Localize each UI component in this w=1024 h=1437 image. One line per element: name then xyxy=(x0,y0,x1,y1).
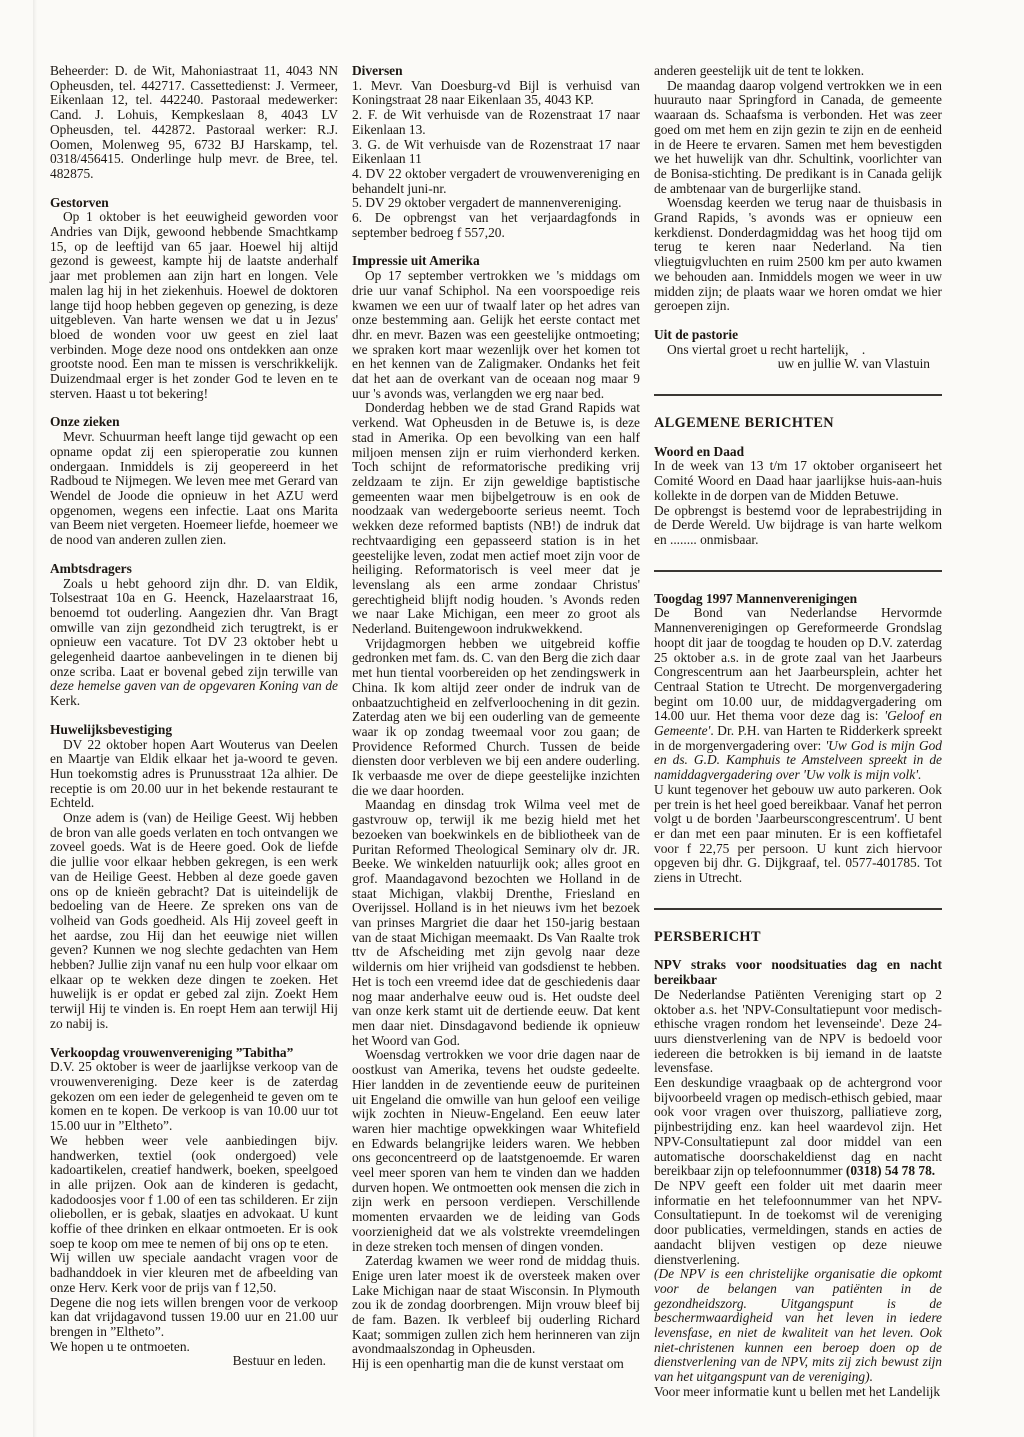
section-heading: Diversen xyxy=(352,64,640,79)
paragraph: Hij is een openhartig man die de kunst v… xyxy=(352,1357,640,1372)
divider xyxy=(654,908,942,910)
text-run: U kunt tegenover het gebouw uw auto park… xyxy=(654,782,942,885)
paragraph: D.V. 25 oktober is weer de jaarlijkse ve… xyxy=(50,1060,338,1134)
paragraph: Ons viertal groet u recht hartelijk, . xyxy=(654,343,942,358)
paragraph: uw en jullie W. van Vlastuin xyxy=(654,357,942,372)
text-run: Maandag en dinsdag trok Wilma veel met d… xyxy=(352,797,640,1047)
text-run: We hebben weer vele aanbiedingen bijv. h… xyxy=(50,1133,338,1251)
section-heading: Ambtsdragers xyxy=(50,562,338,577)
text-run: Impressie uit Amerika xyxy=(352,253,480,268)
paragraph: De maandag daarop volgend vertrokken we … xyxy=(654,79,942,197)
text-run: De Nederlandse Patiënten Vereniging star… xyxy=(654,987,942,1076)
text-run: De opbrengst is bestemd voor de leprabes… xyxy=(654,503,942,547)
text-run: Woensdag keerden we terug naar de thuisb… xyxy=(654,195,942,313)
text-run: 6. De opbrengst van het verjaardagfonds … xyxy=(352,210,640,240)
paragraph: Onze adem is (van) de Heilige Geest. Wij… xyxy=(50,811,338,1032)
text-run: Op 17 september vertrokken we 's middags… xyxy=(352,268,640,401)
paragraph: Degene die nog iets willen brengen voor … xyxy=(50,1296,338,1340)
text-run: Mevr. Schuurman heeft lange tijd gewacht… xyxy=(50,429,338,547)
text-run: 5. DV 29 oktober vergadert de mannenvere… xyxy=(352,195,621,210)
paragraph: 2. F. de Wit verhuisde van de Rozenstraa… xyxy=(352,108,640,137)
paragraph: 4. DV 22 oktober vergadert de vrouwenver… xyxy=(352,167,640,196)
text-run: In de week van 13 t/m 17 oktober organis… xyxy=(654,458,942,502)
text-run: 2. F. de Wit verhuisde van de Rozenstraa… xyxy=(352,107,640,137)
paragraph: Maandag en dinsdag trok Wilma veel met d… xyxy=(352,798,640,1048)
text-run: uw en jullie W. van Vlastuin xyxy=(778,356,930,371)
text-run: deze hemelse gaven van de opgevaren Koni… xyxy=(50,678,338,693)
text-run: 4. DV 22 oktober vergadert de vrouwenver… xyxy=(352,166,640,196)
paragraph: anderen geestelijk uit de tent te lokken… xyxy=(654,64,942,79)
section-heading: Uit de pastorie xyxy=(654,328,942,343)
text-run: Woord en Daad xyxy=(654,444,744,459)
text-run: Onze adem is (van) de Heilige Geest. Wij… xyxy=(50,810,338,1031)
text-run: Wij willen uw speciale aandacht vragen v… xyxy=(50,1250,338,1294)
text-run: Huwelijksbevestiging xyxy=(50,722,172,737)
divider xyxy=(654,570,942,572)
section-heading: Gestorven xyxy=(50,196,338,211)
paragraph: DV 22 oktober hopen Aart Wouterus van De… xyxy=(50,738,338,812)
column-1: Beheerder: D. de Wit, Mahoniastraat 11, … xyxy=(50,64,338,1437)
text-run: We hopen u te ontmoeten. xyxy=(50,1339,190,1354)
paragraph: De opbrengst is bestemd voor de leprabes… xyxy=(654,504,942,548)
text-run: 1. Mevr. Van Doesburg-vd Bijl is verhuis… xyxy=(352,78,640,108)
text-run: DV 22 oktober hopen Aart Wouterus van De… xyxy=(50,737,338,811)
text-run: Toogdag 1997 Mannenverenigingen xyxy=(654,591,857,606)
text-run: Voor meer informatie kunt u bellen met h… xyxy=(654,1384,940,1399)
paragraph: 6. De opbrengst van het verjaardagfonds … xyxy=(352,211,640,240)
paragraph: Op 1 oktober is het eeuwigheid geworden … xyxy=(50,210,338,401)
paragraph: We hebben weer vele aanbiedingen bijv. h… xyxy=(50,1134,338,1252)
text-run: De NPV geeft een folder uit met daarin m… xyxy=(654,1178,942,1267)
text-run: Diversen xyxy=(352,63,403,78)
text-run: Ons viertal groet u recht hartelijk, . xyxy=(667,342,865,357)
text-run: Woensdag vertrokken we voor drie dagen n… xyxy=(352,1047,640,1253)
text-run: Zaterdag kwamen we weer rond de middag t… xyxy=(352,1253,640,1356)
paragraph: Beheerder: D. de Wit, Mahoniastraat 11, … xyxy=(50,64,338,182)
text-run: (0318) 54 78 78. xyxy=(846,1163,935,1178)
text-run: NPV straks voor noodsituaties dag en nac… xyxy=(654,957,942,987)
paragraph: Wij willen uw speciale aandacht vragen v… xyxy=(50,1251,338,1295)
text-run: Uit de pastorie xyxy=(654,327,738,342)
text-run: Op 1 oktober is het eeuwigheid geworden … xyxy=(50,209,338,400)
section-heading: NPV straks voor noodsituaties dag en nac… xyxy=(654,958,942,987)
text-run: Beheerder: D. de Wit, Mahoniastraat 11, … xyxy=(50,63,338,181)
section-heading: Woord en Daad xyxy=(654,445,942,460)
text-run: Onze zieken xyxy=(50,414,120,429)
paragraph: Mevr. Schuurman heeft lange tijd gewacht… xyxy=(50,430,338,548)
paragraph: Vrijdagmorgen hebben we uitgebreid koffi… xyxy=(352,637,640,799)
paragraph: Donderdag hebben we de stad Grand Rapids… xyxy=(352,401,640,636)
column-2: Diversen1. Mevr. Van Doesburg-vd Bijl is… xyxy=(352,64,640,1437)
section-heading: Verkoopdag vrouwenvereniging ”Tabitha” xyxy=(50,1046,338,1061)
text-run: De maandag daarop volgend vertrokken we … xyxy=(654,78,942,196)
paragraph: Een deskundige vraagbaak op de achtergro… xyxy=(654,1076,942,1179)
paragraph: De NPV geeft een folder uit met daarin m… xyxy=(654,1179,942,1267)
text-run: Verkoopdag vrouwenvereniging ”Tabitha” xyxy=(50,1045,293,1060)
paragraph: Voor meer informatie kunt u bellen met h… xyxy=(654,1385,942,1400)
paragraph: Op 17 september vertrokken we 's middags… xyxy=(352,269,640,401)
text-run: Hij is een openhartig man die de kunst v… xyxy=(352,1356,624,1371)
paragraph: Bestuur en leden. xyxy=(50,1354,338,1369)
text-run: Vrijdagmorgen hebben we uitgebreid koffi… xyxy=(352,636,640,798)
text-run: anderen geestelijk uit de tent te lokken… xyxy=(654,63,864,78)
text-run: Zoals u hebt gehoord zijn dhr. D. van El… xyxy=(50,576,338,679)
text-run: PERSBERICHT xyxy=(654,929,761,945)
paragraph: 1. Mevr. Van Doesburg-vd Bijl is verhuis… xyxy=(352,79,640,108)
text-run: D.V. 25 oktober is weer de jaarlijkse ve… xyxy=(50,1059,338,1133)
paragraph: Zoals u hebt gehoord zijn dhr. D. van El… xyxy=(50,577,338,709)
newsletter-page: Beheerder: D. de Wit, Mahoniastraat 11, … xyxy=(0,0,1024,1437)
text-run: Donderdag hebben we de stad Grand Rapids… xyxy=(352,400,640,636)
section-heading: Onze zieken xyxy=(50,415,338,430)
section-title: ALGEMENE BERICHTEN xyxy=(654,416,942,431)
paragraph: In de week van 13 t/m 17 oktober organis… xyxy=(654,459,942,503)
section-heading: Huwelijksbevestiging xyxy=(50,723,338,738)
text-run: Kerk. xyxy=(50,693,80,708)
divider xyxy=(654,394,942,396)
paragraph: 3. G. de Wit verhuisde van de Rozenstraa… xyxy=(352,138,640,167)
text-run: 3. G. de Wit verhuisde van de Rozenstraa… xyxy=(352,137,640,167)
paragraph: Woensdag vertrokken we voor drie dagen n… xyxy=(352,1048,640,1254)
paragraph: U kunt tegenover het gebouw uw auto park… xyxy=(654,783,942,886)
section-heading: Toogdag 1997 Mannenverenigingen xyxy=(654,592,942,607)
paragraph: Zaterdag kwamen we weer rond de middag t… xyxy=(352,1254,640,1357)
text-run: Degene die nog iets willen brengen voor … xyxy=(50,1295,338,1339)
text-run: Gestorven xyxy=(50,195,109,210)
paragraph: 5. DV 29 oktober vergadert de mannenvere… xyxy=(352,196,640,211)
text-run: De Bond van Nederlandse Hervormde Mannen… xyxy=(654,605,942,723)
text-run: (De NPV is een christelijke organisatie … xyxy=(654,1266,942,1384)
paragraph: De Bond van Nederlandse Hervormde Mannen… xyxy=(654,606,942,782)
text-run: ALGEMENE BERICHTEN xyxy=(654,415,834,431)
paragraph: We hopen u te ontmoeten. xyxy=(50,1340,338,1355)
text-run: Bestuur en leden. xyxy=(233,1353,326,1368)
paragraph: De Nederlandse Patiënten Vereniging star… xyxy=(654,988,942,1076)
column-3: anderen geestelijk uit de tent te lokken… xyxy=(654,64,942,1437)
text-run: Ambtsdragers xyxy=(50,561,132,576)
paragraph: (De NPV is een christelijke organisatie … xyxy=(654,1267,942,1385)
paragraph: Woensdag keerden we terug naar de thuisb… xyxy=(654,196,942,314)
section-heading: Impressie uit Amerika xyxy=(352,254,640,269)
section-title: PERSBERICHT xyxy=(654,930,942,945)
